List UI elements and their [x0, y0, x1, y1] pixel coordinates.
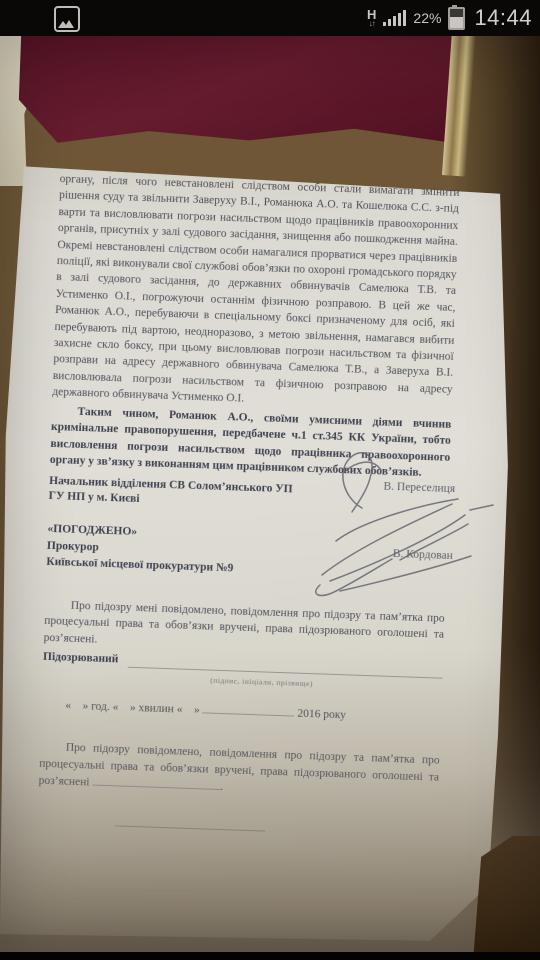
signer2-name: В. Кордован	[393, 546, 454, 564]
notice2-paragraph: Про підозру повідомлено, повідомлення пр…	[38, 739, 440, 803]
signal-strength-icon	[383, 10, 406, 26]
qualification-paragraph: Таким чином, Романюк А.О., своїми умисни…	[50, 403, 452, 483]
battery-percent-label: 22%	[413, 10, 441, 26]
phone-screen: H ↓↑ 22% 14:44 органу, після чого невста…	[0, 0, 540, 960]
maroon-book-cover	[12, 36, 468, 152]
hspa-network-icon: H ↓↑	[367, 8, 376, 28]
year-label: 2016 року	[297, 708, 346, 722]
suspect-label: Підозрюваний	[43, 649, 119, 668]
battery-icon	[448, 7, 465, 30]
mountain-glyph	[58, 18, 74, 28]
clock-label: 14:44	[474, 5, 532, 31]
signer1-name: В. Переселиця	[383, 479, 455, 498]
body-paragraph: органу, після чого невстановлені слідств…	[52, 171, 460, 415]
notice2-blank-line	[92, 774, 220, 790]
data-activity-arrows-icon: ↓↑	[369, 20, 375, 28]
notice2-period: .	[220, 781, 223, 793]
date-blank-line	[202, 701, 294, 716]
time-blank-row: « » год. « » хвилин « » 2016 року	[65, 696, 441, 727]
status-bar: H ↓↑ 22% 14:44	[0, 0, 540, 36]
document-photo[interactable]: органу, після чого невстановлені слідств…	[0, 36, 540, 952]
document-text: органу, після чого невстановлені слідств…	[7, 170, 470, 838]
screenshot-notification-icon	[54, 6, 80, 32]
time-blanks: « » год. « » хвилин « »	[65, 699, 200, 716]
